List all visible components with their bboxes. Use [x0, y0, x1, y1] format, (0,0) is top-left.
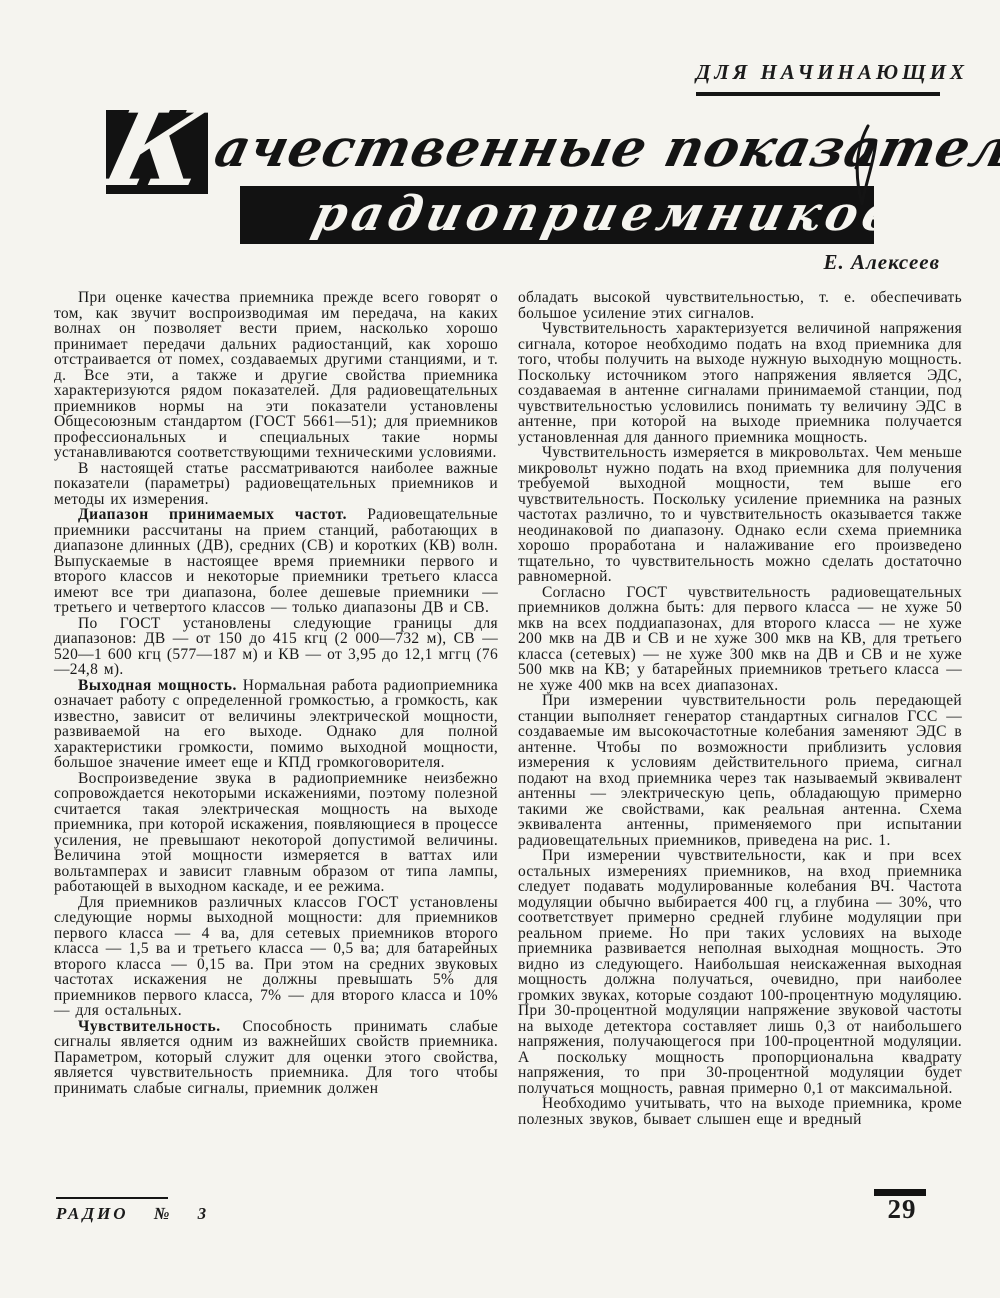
paragraph-text: Для приемников различных классов ГОСТ ус…: [54, 894, 498, 1020]
magazine-page: ДЛЯ НАЧИНАЮЩИХ К ачественные показатели …: [0, 0, 1000, 1298]
quill-flourish-icon: [846, 122, 880, 213]
paragraph: При оценке качества приемника прежде все…: [54, 290, 498, 461]
paragraph-text: Чувствительность характеризуется величин…: [518, 320, 962, 446]
paragraph: Чувствительность измеряется в микровольт…: [518, 445, 962, 585]
page-number: 29: [876, 1194, 928, 1225]
paragraph-text: Чувствительность измеряется в микровольт…: [518, 444, 962, 585]
paragraph: Согласно ГОСТ чувствительность радиовеща…: [518, 585, 962, 694]
left-column: При оценке качества приемника прежде все…: [54, 290, 498, 1096]
paragraph-lead: Диапазон принимаемых частот.: [78, 506, 347, 523]
title-line2-banner: радиоприемников: [240, 186, 874, 244]
paragraph-text: обладать высокой чувствительностью, т. е…: [518, 289, 962, 322]
rubric-text: ДЛЯ НАЧИНАЮЩИХ: [696, 60, 968, 84]
footer-rule: [56, 1197, 168, 1199]
paragraph-text: По ГОСТ установлены следующие границы дл…: [54, 615, 498, 679]
paragraph-text: При измерении чувствительности, как и пр…: [518, 847, 962, 1097]
title-line2-text: радиоприемников: [234, 186, 881, 242]
right-column: обладать высокой чувствительностью, т. е…: [518, 290, 962, 1127]
paragraph: обладать высокой чувствительностью, т. е…: [518, 290, 962, 321]
title-line1: ачественные показатели: [207, 112, 924, 186]
paragraph-text: Радиовещательные приемники рассчитаны на…: [54, 506, 498, 616]
rubric-header: ДЛЯ НАЧИНАЮЩИХ: [696, 60, 940, 96]
paragraph-text: При оценке качества приемника прежде все…: [54, 289, 498, 461]
paragraph: Диапазон принимаемых частот. Радиовещате…: [54, 507, 498, 616]
article-title: К ачественные показатели радиоприемников: [100, 104, 900, 254]
paragraph: Для приемников различных классов ГОСТ ус…: [54, 895, 498, 1019]
title-dropcap-box: К: [106, 110, 208, 194]
journal-issue-label: РАДИО № 3: [56, 1204, 209, 1224]
paragraph: По ГОСТ установлены следующие границы дл…: [54, 616, 498, 678]
paragraph-lead: Выходная мощность.: [78, 677, 237, 694]
paragraph-lead: Чувствительность.: [78, 1018, 221, 1035]
paragraph-text: При измерении чувствительности роль пере…: [518, 692, 962, 849]
paragraph: Чувствительность характеризуется величин…: [518, 321, 962, 445]
paragraph: Необходимо учитывать, что на выходе прие…: [518, 1096, 962, 1127]
paragraph: В настоящей статье рассматриваются наибо…: [54, 461, 498, 508]
paragraph-text: Воспроизведение звука в радиоприемнике н…: [54, 770, 498, 896]
title-dropcap: К: [106, 110, 208, 194]
paragraph-text: Необходимо учитывать, что на выходе прие…: [518, 1095, 962, 1128]
paragraph-text: Согласно ГОСТ чувствительность радиовеща…: [518, 584, 962, 694]
paragraph: Чувствительность. Способность принимать …: [54, 1019, 498, 1097]
paragraph-text: В настоящей статье рассматриваются наибо…: [54, 460, 498, 508]
paragraph: При измерении чувствительности, как и пр…: [518, 848, 962, 1096]
paragraph: При измерении чувствительности роль пере…: [518, 693, 962, 848]
paragraph: Воспроизведение звука в радиоприемнике н…: [54, 771, 498, 895]
paragraph: Выходная мощность. Нормальная работа рад…: [54, 678, 498, 771]
author-byline: Е. Алексеев: [700, 250, 940, 275]
